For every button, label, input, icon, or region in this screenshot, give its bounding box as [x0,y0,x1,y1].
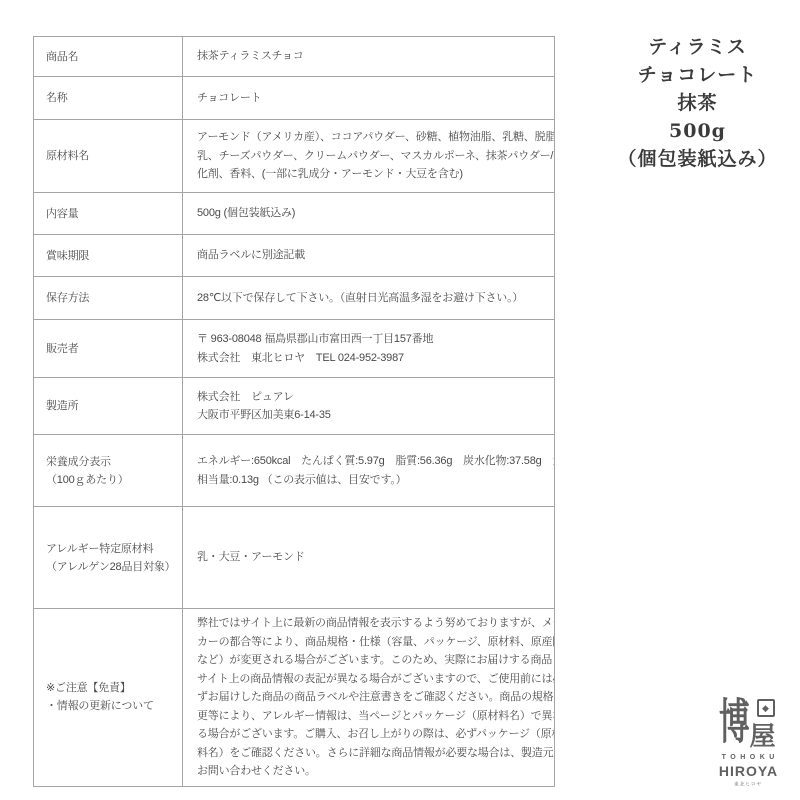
text-line: エネルギー:650kcal たんぱく質:5.97g 脂質:56.36g 炭水化物… [197,452,548,471]
logo-brand-top-text: TOHOKU [713,754,788,761]
row-label-cell: ※ご注意【免責】・情報の更新について [34,609,183,787]
row-label-cell: 名称 [34,77,183,120]
product-title-line: チョコレート [600,61,795,89]
table-row-net-content: 内容量 500g (個包装紙込み) [34,193,555,235]
logo-kanji-ya: 屋 [749,723,775,749]
row-value-cell: チョコレート [183,77,555,120]
table-row-allergens: アレルギー特定原材料（アレルゲン28品目対象） 乳・大豆・アーモンド [34,507,555,609]
text-line: 化剤、香料、(一部に乳成分・アーモンド・大豆を含む) [197,165,548,184]
text-line: チョコレート [197,89,548,108]
logo-brand-main-text: HIROYA [713,763,784,779]
table-row-seller: 販売者 〒 963-08048 福島県郡山市富田西一丁目157番地株式会社 東北… [34,320,555,378]
row-label-cell: 賞味期限 [34,235,183,277]
text-line: ※ご注意【免責】 [46,679,176,697]
text-line: アレルギー特定原材料 [46,540,176,558]
row-label-cell: アレルギー特定原材料（アレルゲン28品目対象） [34,507,183,609]
product-title-line: 抹茶 [600,89,795,117]
product-spec-table: 商品名 抹茶ティラミスチョコ 名称 チョコレート 原材料名 アーモンド（アメリカ… [33,36,555,787]
logo-kanji-haku: 博 [719,698,750,748]
text-line: 栄養成分表示 [46,453,176,471]
text-line: 株式会社 ピュアレ [197,388,548,407]
table-row-ingredients: 原材料名 アーモンド（アメリカ産）、ココアパウダー、砂糖、植物油脂、乳糖、脱脂粉… [34,120,555,193]
row-value-cell: 〒 963-08048 福島県郡山市富田西一丁目157番地株式会社 東北ヒロヤ … [183,320,555,378]
row-value-cell: 28℃以下で保存して下さい。（直射日光高温多湿をお避け下さい。） [183,277,555,320]
tohoku-hiroya-logo: 博 ◆ 屋 TOHOKU HIROYA 東北ヒロヤ [713,697,783,789]
text-line: 乳、チーズパウダー、クリームパウダー、マスカルポーネ、抹茶パウダー/乳 [197,147,548,166]
text-line: 名称 [46,89,176,107]
row-label-cell: 栄養成分表示（100ｇあたり） [34,435,183,507]
table-row-product-name: 商品名 抹茶ティラミスチョコ [34,37,555,77]
row-value-cell: 500g (個包装紙込み) [183,193,555,235]
product-title: ティラミス チョコレート 抹茶 500g （個包装紙込み） [600,33,795,173]
logo-diamond-frame: ◆ [757,699,775,717]
text-line: カーの都合等により、商品規格・仕様（容量、パッケージ、原材料、原産国 [197,633,548,652]
text-line: 製造所 [46,397,176,415]
logo-brand-sub-text: 東北ヒロヤ [720,780,776,787]
table-row-disclaimer: ※ご注意【免責】・情報の更新について 弊社ではサイト上に最新の商品情報を表示する… [34,609,555,787]
text-line: 株式会社 東北ヒロヤ TEL 024-952-3987 [197,349,548,368]
row-value-cell: 抹茶ティラミスチョコ [183,37,555,77]
text-line: サイト上の商品情報の表記が異なる場合がございますので、ご使用前には必 [197,670,548,689]
row-label-cell: 保存方法 [34,277,183,320]
table-row-storage: 保存方法 28℃以下で保存して下さい。（直射日光高温多湿をお避け下さい。） [34,277,555,320]
text-line: 原材料名 [46,147,176,165]
table-row-manufacturer: 製造所 株式会社 ピュアレ大阪市平野区加美東6-14-35 [34,378,555,435]
row-value-cell: アーモンド（アメリカ産）、ココアパウダー、砂糖、植物油脂、乳糖、脱脂粉乳、チーズ… [183,120,555,193]
text-line: （100ｇあたり） [46,471,176,489]
spec-table-body: 商品名 抹茶ティラミスチョコ 名称 チョコレート 原材料名 アーモンド（アメリカ… [34,37,555,787]
text-line: 内容量 [46,205,176,223]
text-line: る場合がございます。ご購入、お召し上がりの際は、必ずパッケージ（原材 [197,725,548,744]
row-label-cell: 原材料名 [34,120,183,193]
product-title-line: （個包装紙込み） [600,145,795,173]
row-value-cell: 株式会社 ピュアレ大阪市平野区加美東6-14-35 [183,378,555,435]
text-line: アーモンド（アメリカ産）、ココアパウダー、砂糖、植物油脂、乳糖、脱脂粉 [197,128,548,147]
table-row-nutrition: 栄養成分表示（100ｇあたり） エネルギー:650kcal たんぱく質:5.97… [34,435,555,507]
table-row-item-name: 名称 チョコレート [34,77,555,120]
text-line: など）が変更される場合がございます。このため、実際にお届けする商品と [197,651,548,670]
row-label-cell: 内容量 [34,193,183,235]
row-label-cell: 商品名 [34,37,183,77]
product-spec-sheet: 商品名 抹茶ティラミスチョコ 名称 チョコレート 原材料名 アーモンド（アメリカ… [0,0,800,800]
text-line: 商品ラベルに別途記載 [197,246,548,265]
page: { "table": { "rows": [ { "label_lines": … [0,0,800,800]
text-line: 相当量:0.13g （この表示値は、目安です。） [197,471,548,490]
text-line: 更等により、アレルギー情報は、当ページとパッケージ（原材料名）で異な [197,707,548,726]
text-line: 料名）をご確認ください。さらに詳細な商品情報が必要な場合は、製造元に [197,744,548,763]
text-line: （アレルゲン28品目対象） [46,558,176,576]
diamond-icon: ◆ [759,701,773,715]
row-label-cell: 販売者 [34,320,183,378]
text-line: 賞味期限 [46,247,176,265]
text-line: 500g (個包装紙込み) [197,204,548,223]
product-title-line: ティラミス [600,33,795,61]
text-line: 商品名 [46,48,176,66]
row-value-cell: エネルギー:650kcal たんぱく質:5.97g 脂質:56.36g 炭水化物… [183,435,555,507]
hiroya-logo-mark: 博 ◆ 屋 [721,697,776,749]
row-value-cell: 商品ラベルに別途記載 [183,235,555,277]
text-line: 抹茶ティラミスチョコ [197,47,548,66]
text-line: 28℃以下で保存して下さい。（直射日光高温多湿をお避け下さい。） [197,289,548,308]
table-row-best-before: 賞味期限 商品ラベルに別途記載 [34,235,555,277]
row-value-cell: 弊社ではサイト上に最新の商品情報を表示するよう努めておりますが、メーカーの都合等… [183,609,555,787]
text-line: 販売者 [46,340,176,358]
text-line: ・情報の更新について [46,697,176,715]
text-line: お問い合わせください。 [197,762,548,781]
text-line: 保存方法 [46,289,176,307]
text-line: 乳・大豆・アーモンド [197,548,548,567]
row-label-cell: 製造所 [34,378,183,435]
text-line: 弊社ではサイト上に最新の商品情報を表示するよう努めておりますが、メー [197,614,548,633]
product-title-line: 500g [600,117,795,145]
text-line: ずお届けした商品の商品ラベルや注意書きをご確認ください。商品の規格変 [197,688,548,707]
text-line: 大阪市平野区加美東6-14-35 [197,406,548,425]
row-value-cell: 乳・大豆・アーモンド [183,507,555,609]
text-line: 〒 963-08048 福島県郡山市富田西一丁目157番地 [197,330,548,349]
